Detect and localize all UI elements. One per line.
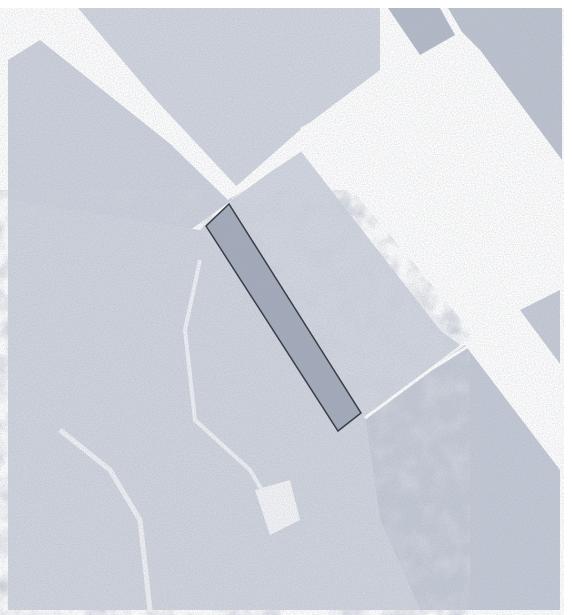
frame-top <box>0 0 572 8</box>
map-canvas <box>0 0 572 615</box>
aerial-map <box>0 0 572 615</box>
frame-right <box>564 0 572 615</box>
